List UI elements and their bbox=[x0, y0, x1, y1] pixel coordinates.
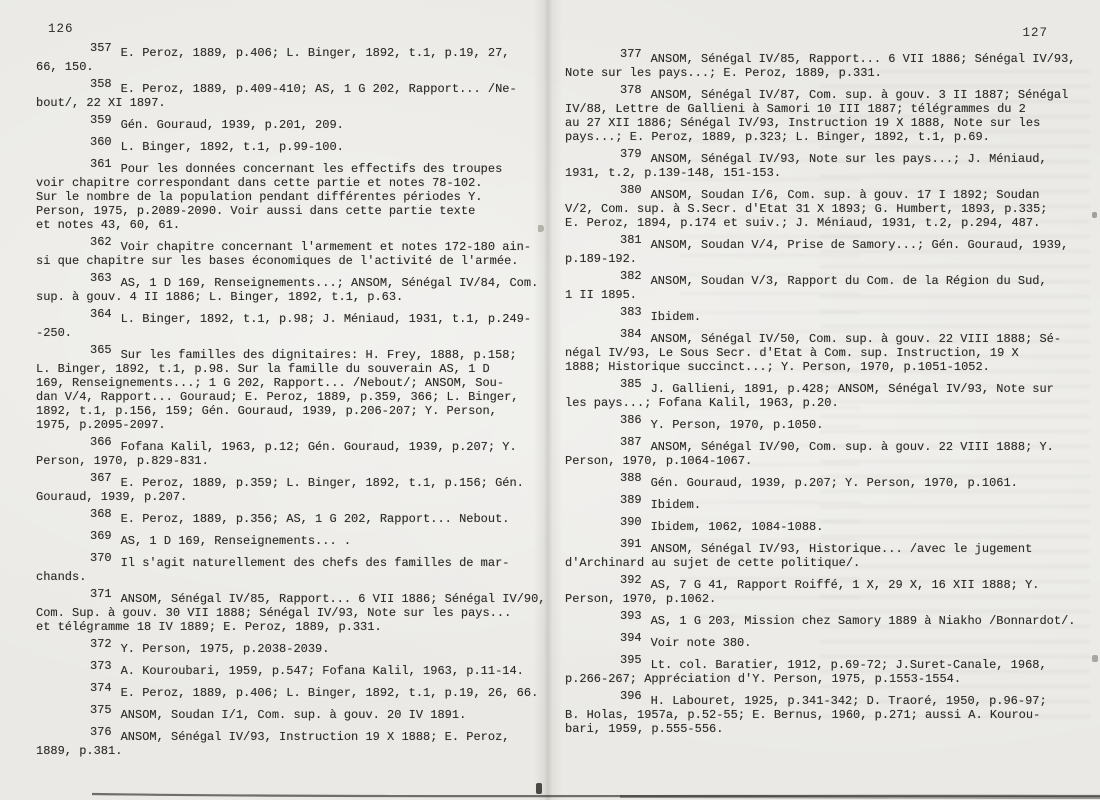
footnote-number: 365 bbox=[90, 343, 112, 357]
footnote-text: Y. Person, 1975, p.2038-2039. bbox=[121, 642, 330, 656]
footnote-number: 369 bbox=[90, 529, 112, 543]
scanned-page-left: 126 357E. Peroz, 1889, p.406; L. Binger,… bbox=[0, 0, 548, 800]
footnote: 366Fofana Kalil, 1963, p.12; Gén. Gourau… bbox=[36, 440, 552, 468]
footnote-number: 372 bbox=[90, 637, 112, 651]
footnote: 358E. Peroz, 1889, p.409-410; AS, 1 G 20… bbox=[36, 82, 552, 110]
footnote-number: 362 bbox=[90, 235, 112, 249]
footnote-number: 360 bbox=[90, 135, 112, 149]
footnote: 381ANSOM, Soudan V/4, Prise de Samory...… bbox=[565, 238, 1089, 266]
footnote-text: Gén. Gouraud, 1939, p.201, 209. bbox=[121, 118, 344, 132]
footnote-text: AS, 1 G 203, Mission chez Samory 1889 à … bbox=[651, 614, 1076, 628]
footnote-number: 375 bbox=[90, 703, 112, 717]
scan-speck bbox=[1092, 212, 1097, 218]
footnote-number: 379 bbox=[620, 147, 642, 161]
footnote: 392AS, 7 G 41, Rapport Roiffé, 1 X, 29 X… bbox=[565, 578, 1089, 606]
footnotes-right: 377ANSOM, Sénégal IV/85, Rapport... 6 VI… bbox=[565, 0, 1089, 744]
footnote: 361Pour les données concernant les effec… bbox=[36, 162, 552, 232]
footnote-number: 392 bbox=[620, 573, 642, 587]
footnote-number: 361 bbox=[90, 157, 112, 171]
footnote-number: 364 bbox=[90, 307, 112, 321]
footnote-number: 377 bbox=[620, 47, 642, 61]
footnote-text: AS, 1 D 169, Renseignements... . bbox=[121, 534, 351, 548]
footnote-text: ANSOM, Sénégal IV/85, Rapport... 6 VII 1… bbox=[36, 592, 545, 634]
scan-speck bbox=[1092, 655, 1098, 662]
footnote: 396H. Labouret, 1925, p.341-342; D. Trao… bbox=[565, 694, 1089, 736]
footnote-number: 384 bbox=[620, 327, 642, 341]
footnote-text: A. Kouroubari, 1959, p.547; Fofana Kalil… bbox=[121, 664, 524, 678]
footnote-text: E. Peroz, 1889, p.406; L. Binger, 1892, … bbox=[121, 686, 539, 700]
footnote-number: 357 bbox=[90, 41, 112, 55]
footnote: 373A. Kouroubari, 1959, p.547; Fofana Ka… bbox=[36, 664, 552, 678]
book-gutter-shadow bbox=[534, 0, 562, 800]
footnote: 387ANSOM, Sénégal IV/90, Com. sup. à gou… bbox=[565, 440, 1089, 468]
footnote: 394Voir note 380. bbox=[565, 636, 1089, 650]
footnote-number: 388 bbox=[620, 471, 642, 485]
footnote-number: 391 bbox=[620, 537, 642, 551]
footnote-number: 393 bbox=[620, 609, 642, 623]
footnote: 388Gén. Gouraud, 1939, p.207; Y. Person,… bbox=[565, 476, 1089, 490]
footnote-text: Y. Person, 1970, p.1050. bbox=[651, 418, 824, 432]
footnote: 383Ibidem. bbox=[565, 310, 1089, 324]
footnote-number: 378 bbox=[620, 83, 642, 97]
footnote: 363AS, 1 D 169, Renseignements...; ANSOM… bbox=[36, 276, 552, 304]
footnote-number: 359 bbox=[90, 113, 112, 127]
page-bottom-shadow bbox=[0, 784, 1100, 800]
footnote: 377ANSOM, Sénégal IV/85, Rapport... 6 VI… bbox=[565, 52, 1089, 80]
footnote: 374E. Peroz, 1889, p.406; L. Binger, 189… bbox=[36, 686, 552, 700]
footnote-number: 367 bbox=[90, 471, 112, 485]
footnote: 362Voir chapitre concernant l'armement e… bbox=[36, 240, 552, 268]
footnote: 368E. Peroz, 1889, p.356; AS, 1 G 202, R… bbox=[36, 512, 552, 526]
footnote: 372Y. Person, 1975, p.2038-2039. bbox=[36, 642, 552, 656]
footnote-text: Ibidem, 1062, 1084-1088. bbox=[651, 520, 824, 534]
footnote: 382ANSOM, Soudan V/3, Rapport du Com. de… bbox=[565, 274, 1089, 302]
footnote-number: 381 bbox=[620, 233, 642, 247]
footnote-number: 368 bbox=[90, 507, 112, 521]
footnote-number: 385 bbox=[620, 377, 642, 391]
footnote-text: Sur les familles des dignitaires: H. Fre… bbox=[36, 348, 518, 432]
footnote-number: 374 bbox=[90, 681, 112, 695]
footnote-number: 383 bbox=[620, 305, 642, 319]
footnote-text: Voir note 380. bbox=[651, 636, 752, 650]
footnote-number: 363 bbox=[90, 271, 112, 285]
footnote-number: 386 bbox=[620, 413, 642, 427]
footnote: 386Y. Person, 1970, p.1050. bbox=[565, 418, 1089, 432]
footnote-text: Ibidem. bbox=[651, 498, 701, 512]
scan-speck bbox=[538, 225, 544, 232]
footnote: 391ANSOM, Sénégal IV/93, Historique... /… bbox=[565, 542, 1089, 570]
footnote: 390Ibidem, 1062, 1084-1088. bbox=[565, 520, 1089, 534]
footnote: 371ANSOM, Sénégal IV/85, Rapport... 6 VI… bbox=[36, 592, 552, 634]
footnote-text: Ibidem. bbox=[651, 310, 701, 324]
footnote-text: Pour les données concernant les effectif… bbox=[36, 162, 502, 232]
footnote-text: E. Peroz, 1889, p.356; AS, 1 G 202, Rapp… bbox=[121, 512, 510, 526]
footnote: 395Lt. col. Baratier, 1912, p.69-72; J.S… bbox=[565, 658, 1089, 686]
footnotes-left: 357E. Peroz, 1889, p.406; L. Binger, 189… bbox=[36, 0, 552, 766]
footnote-number: 390 bbox=[620, 515, 642, 529]
footnote-number: 380 bbox=[620, 183, 642, 197]
footnote: 375ANSOM, Soudan I/1, Com. sup. à gouv. … bbox=[36, 708, 552, 722]
footnote: 370Il s'agit naturellement des chefs des… bbox=[36, 556, 552, 584]
footnote-number: 373 bbox=[90, 659, 112, 673]
footnote-number: 376 bbox=[90, 725, 112, 739]
footnote-number: 370 bbox=[90, 551, 112, 565]
footnote: 378ANSOM, Sénégal IV/87, Com. sup. à gou… bbox=[565, 88, 1089, 144]
footnote: 365Sur les familles des dignitaires: H. … bbox=[36, 348, 552, 432]
book-scan: { "colors": { "paper": "#eae9e5", "ink":… bbox=[0, 0, 1100, 800]
footnote-number: 394 bbox=[620, 631, 642, 645]
footnote: 389Ibidem. bbox=[565, 498, 1089, 512]
footnote-number: 366 bbox=[90, 435, 112, 449]
footnote-number: 382 bbox=[620, 269, 642, 283]
footnote: 393AS, 1 G 203, Mission chez Samory 1889… bbox=[565, 614, 1089, 628]
footnote: 385J. Gallieni, 1891, p.428; ANSOM, Séné… bbox=[565, 382, 1089, 410]
footnote-number: 358 bbox=[90, 77, 112, 91]
footnote-text: ANSOM, Soudan I/1, Com. sup. à gouv. 20 … bbox=[121, 708, 467, 722]
footnote: 357E. Peroz, 1889, p.406; L. Binger, 189… bbox=[36, 46, 552, 74]
footnote: 379ANSOM, Sénégal IV/93, Note sur les pa… bbox=[565, 152, 1089, 180]
footnote: 359Gén. Gouraud, 1939, p.201, 209. bbox=[36, 118, 552, 132]
footnote-number: 395 bbox=[620, 653, 642, 667]
footnote-number: 387 bbox=[620, 435, 642, 449]
footnote: 367E. Peroz, 1889, p.359; L. Binger, 189… bbox=[36, 476, 552, 504]
footnote: 369AS, 1 D 169, Renseignements... . bbox=[36, 534, 552, 548]
footnote: 380ANSOM, Soudan I/6, Com. sup. à gouv. … bbox=[565, 188, 1089, 230]
footnote-number: 371 bbox=[90, 587, 112, 601]
footnote: 384ANSOM, Sénégal IV/50, Com. sup. à gou… bbox=[565, 332, 1089, 374]
footnote-number: 389 bbox=[620, 493, 642, 507]
footnote-number: 396 bbox=[620, 689, 642, 703]
footnote: 360L. Binger, 1892, t.1, p.99-100. bbox=[36, 140, 552, 154]
footnote: 364L. Binger, 1892, t.1, p.98; J. Méniau… bbox=[36, 312, 552, 340]
footnote-text: Gén. Gouraud, 1939, p.207; Y. Person, 19… bbox=[651, 476, 1018, 490]
scanned-page-right: 127 377ANSOM, Sénégal IV/85, Rapport... … bbox=[548, 0, 1100, 800]
footnote-text: L. Binger, 1892, t.1, p.99-100. bbox=[121, 140, 344, 154]
footnote: 376ANSOM, Sénégal IV/93, Instruction 19 … bbox=[36, 730, 552, 758]
